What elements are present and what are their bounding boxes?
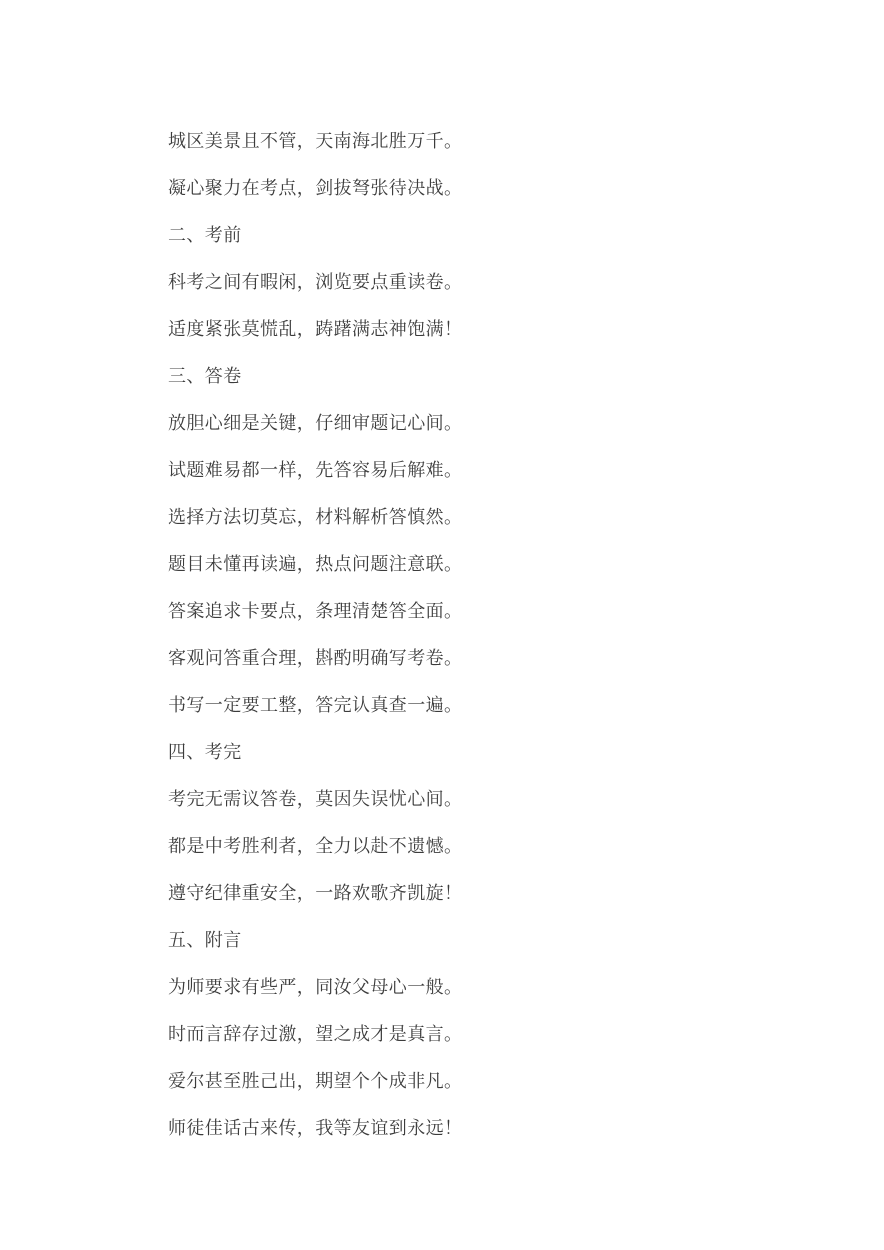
section-heading: 四、考完 — [168, 743, 824, 762]
verse-line: 为师要求有些严，同汝父母心一般。 — [168, 978, 824, 997]
verse-line: 时而言辞存过激，望之成才是真言。 — [168, 1025, 824, 1044]
section-heading: 三、答卷 — [168, 367, 824, 386]
document-page: 城区美景且不管，天南海北胜万千。 凝心聚力在考点，剑拔弩张待决战。 二、考前 科… — [0, 0, 884, 1250]
verse-line: 答案追求卡要点，条理清楚答全面。 — [168, 602, 824, 621]
verse-line: 题目未懂再读遍，热点问题注意联。 — [168, 555, 824, 574]
verse-line: 考完无需议答卷，莫因失误忧心间。 — [168, 790, 824, 809]
verse-line: 遵守纪律重安全，一路欢歌齐凯旋！ — [168, 884, 824, 903]
verse-line: 师徒佳话古来传，我等友谊到永远！ — [168, 1119, 824, 1138]
verse-line: 凝心聚力在考点，剑拔弩张待决战。 — [168, 179, 824, 198]
verse-line: 书写一定要工整，答完认真查一遍。 — [168, 696, 824, 715]
verse-line: 爱尔甚至胜己出，期望个个成非凡。 — [168, 1072, 824, 1091]
section-heading: 二、考前 — [168, 226, 824, 245]
verse-line: 都是中考胜利者，全力以赴不遗憾。 — [168, 837, 824, 856]
verse-line: 城区美景且不管，天南海北胜万千。 — [168, 132, 824, 151]
verse-line: 科考之间有暇闲，浏览要点重读卷。 — [168, 273, 824, 292]
section-heading: 五、附言 — [168, 931, 824, 950]
verse-line: 客观问答重合理，斟酌明确写考卷。 — [168, 649, 824, 668]
verse-line: 放胆心细是关键，仔细审题记心间。 — [168, 414, 824, 433]
verse-line: 选择方法切莫忘，材料解析答慎然。 — [168, 508, 824, 527]
verse-line: 适度紧张莫慌乱，踌躇满志神饱满！ — [168, 320, 824, 339]
verse-line: 试题难易都一样，先答容易后解难。 — [168, 461, 824, 480]
